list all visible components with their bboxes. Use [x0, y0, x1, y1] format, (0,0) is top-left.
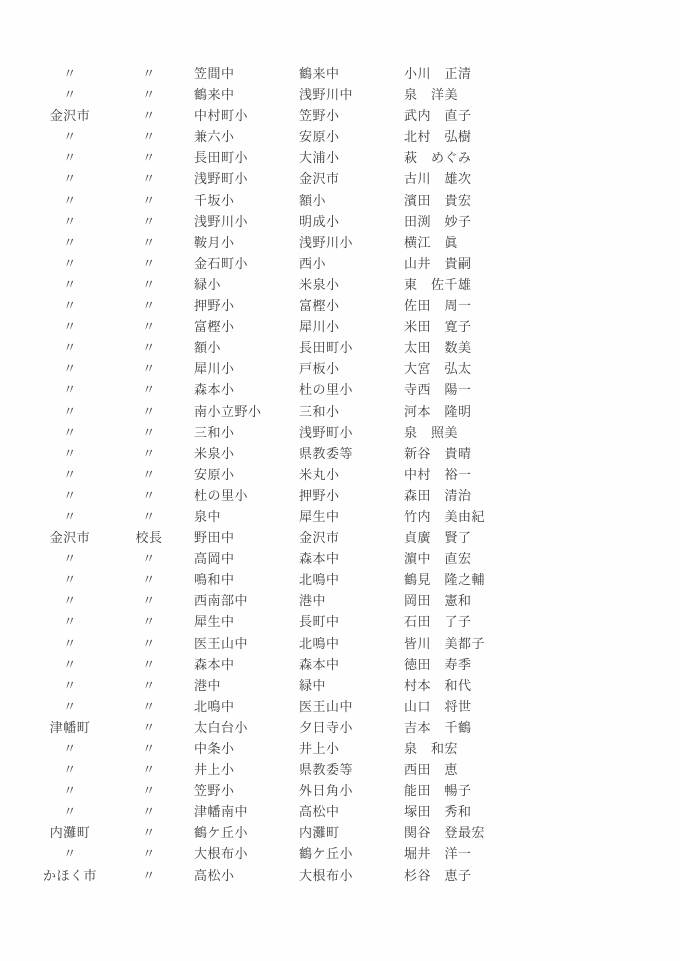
name-cell: 西田 恵: [404, 759, 458, 780]
name-cell: 泉 照美: [404, 422, 458, 443]
table-row: 〃〃中条小井上小泉 和宏: [0, 738, 680, 759]
municipality-cell: 〃: [38, 485, 102, 506]
to-school-cell: 浅野町小: [299, 422, 353, 443]
from-school-cell: 額小: [194, 337, 221, 358]
table-row: 〃〃犀川小戸板小大宮 弘太: [0, 358, 680, 379]
from-school-cell: 森本中: [194, 654, 235, 675]
name-cell: 北村 弘樹: [404, 126, 472, 147]
municipality-cell: 〃: [38, 274, 102, 295]
table-row: 津幡町〃太白台小夕日寺小吉本 千鶴: [0, 717, 680, 738]
municipality-cell: 〃: [38, 443, 102, 464]
title-cell: 〃: [124, 569, 174, 590]
title-cell: 〃: [124, 337, 174, 358]
from-school-cell: 長田町小: [194, 147, 248, 168]
title-cell: 〃: [124, 274, 174, 295]
to-school-cell: 鶴ケ丘小: [299, 843, 353, 864]
to-school-cell: 米丸小: [299, 464, 340, 485]
to-school-cell: 金沢市: [299, 527, 340, 548]
from-school-cell: 医王山中: [194, 633, 248, 654]
municipality-cell: 〃: [38, 401, 102, 422]
title-cell: 〃: [124, 316, 174, 337]
to-school-cell: 金沢市: [299, 168, 340, 189]
title-cell: 〃: [124, 654, 174, 675]
name-cell: 東 佐千雄: [404, 274, 472, 295]
name-cell: 古川 雄次: [404, 168, 472, 189]
from-school-cell: 笠間中: [194, 63, 235, 84]
title-cell: 〃: [124, 738, 174, 759]
municipality-cell: 〃: [38, 548, 102, 569]
table-row: 〃〃鳴和中北鳴中鶴見 隆之輔: [0, 569, 680, 590]
table-row: 〃〃笠野小外日角小能田 暢子: [0, 780, 680, 801]
title-cell: 〃: [124, 843, 174, 864]
municipality-cell: 〃: [38, 464, 102, 485]
title-cell: 〃: [124, 168, 174, 189]
name-cell: 関谷 登最宏: [404, 822, 485, 843]
name-cell: 濵中 直宏: [404, 548, 472, 569]
title-cell: 〃: [124, 633, 174, 654]
from-school-cell: 犀生中: [194, 611, 235, 632]
municipality-cell: 〃: [38, 654, 102, 675]
table-row: 〃〃医王山中北鳴中皆川 美都子: [0, 633, 680, 654]
from-school-cell: 鶴ケ丘小: [194, 822, 248, 843]
municipality-cell: かほく市: [38, 865, 102, 886]
table-row: 〃〃井上小県教委等西田 恵: [0, 759, 680, 780]
from-school-cell: 緑小: [194, 274, 221, 295]
from-school-cell: 中村町小: [194, 105, 248, 126]
municipality-cell: 〃: [38, 675, 102, 696]
from-school-cell: 泉中: [194, 506, 221, 527]
from-school-cell: 高松小: [194, 865, 235, 886]
municipality-cell: 〃: [38, 633, 102, 654]
municipality-cell: 〃: [38, 506, 102, 527]
table-row: 〃〃鞍月小浅野川小横江 眞: [0, 232, 680, 253]
to-school-cell: 大根布小: [299, 865, 353, 886]
table-row: 〃〃高岡中森本中濵中 直宏: [0, 548, 680, 569]
municipality-cell: 〃: [38, 126, 102, 147]
from-school-cell: 津幡南中: [194, 801, 248, 822]
from-school-cell: 浅野川小: [194, 211, 248, 232]
to-school-cell: 北鳴中: [299, 633, 340, 654]
from-school-cell: 犀川小: [194, 358, 235, 379]
to-school-cell: 県教委等: [299, 759, 353, 780]
municipality-cell: 〃: [38, 358, 102, 379]
from-school-cell: 兼六小: [194, 126, 235, 147]
table-row: 〃〃大根布小鶴ケ丘小堀井 洋一: [0, 843, 680, 864]
to-school-cell: 鶴来中: [299, 63, 340, 84]
name-cell: 石田 了子: [404, 611, 472, 632]
from-school-cell: 千坂小: [194, 190, 235, 211]
title-cell: 〃: [124, 548, 174, 569]
from-school-cell: 鶴来中: [194, 84, 235, 105]
to-school-cell: 額小: [299, 190, 326, 211]
table-row: 金沢市校長野田中金沢市貞廣 賢了: [0, 527, 680, 548]
name-cell: 皆川 美都子: [404, 633, 485, 654]
name-cell: 河本 隆明: [404, 401, 472, 422]
table-row: 金沢市〃中村町小笠野小武内 直子: [0, 105, 680, 126]
table-row: 〃〃犀生中長町中石田 了子: [0, 611, 680, 632]
table-row: 〃〃三和小浅野町小泉 照美: [0, 422, 680, 443]
municipality-cell: 〃: [38, 211, 102, 232]
table-row: 〃〃浅野町小金沢市古川 雄次: [0, 168, 680, 189]
to-school-cell: 戸板小: [299, 358, 340, 379]
municipality-cell: 〃: [38, 253, 102, 274]
to-school-cell: 内灘町: [299, 822, 340, 843]
title-cell: 〃: [124, 84, 174, 105]
title-cell: 〃: [124, 780, 174, 801]
title-cell: 〃: [124, 126, 174, 147]
municipality-cell: 〃: [38, 801, 102, 822]
municipality-cell: 〃: [38, 295, 102, 316]
to-school-cell: 森本中: [299, 654, 340, 675]
transfer-table: 〃〃笠間中鶴来中小川 正清〃〃鶴来中浅野川中泉 洋美金沢市〃中村町小笠野小武内 …: [0, 63, 680, 886]
to-school-cell: 夕日寺小: [299, 717, 353, 738]
to-school-cell: 井上小: [299, 738, 340, 759]
name-cell: 貞廣 賢了: [404, 527, 472, 548]
table-row: 〃〃浅野川小明成小田渕 妙子: [0, 211, 680, 232]
title-cell: 〃: [124, 211, 174, 232]
municipality-cell: 〃: [38, 780, 102, 801]
from-school-cell: 押野小: [194, 295, 235, 316]
title-cell: 〃: [124, 759, 174, 780]
to-school-cell: 緑中: [299, 675, 326, 696]
from-school-cell: 西南部中: [194, 590, 248, 611]
from-school-cell: 笠野小: [194, 780, 235, 801]
from-school-cell: 北鳴中: [194, 696, 235, 717]
title-cell: 〃: [124, 190, 174, 211]
title-cell: 〃: [124, 379, 174, 400]
from-school-cell: 金石町小: [194, 253, 248, 274]
municipality-cell: 〃: [38, 190, 102, 211]
table-row: かほく市〃高松小大根布小杉谷 恵子: [0, 865, 680, 886]
title-cell: 〃: [124, 147, 174, 168]
table-row: 〃〃米泉小県教委等新谷 貴晴: [0, 443, 680, 464]
to-school-cell: 県教委等: [299, 443, 353, 464]
to-school-cell: 医王山中: [299, 696, 353, 717]
name-cell: 山口 将世: [404, 696, 472, 717]
name-cell: 鶴見 隆之輔: [404, 569, 485, 590]
municipality-cell: 金沢市: [38, 527, 102, 548]
municipality-cell: 〃: [38, 843, 102, 864]
table-row: 〃〃津幡南中高松中塚田 秀和: [0, 801, 680, 822]
table-row: 〃〃港中緑中村本 和代: [0, 675, 680, 696]
title-cell: 〃: [124, 253, 174, 274]
title-cell: 〃: [124, 401, 174, 422]
to-school-cell: 浅野川中: [299, 84, 353, 105]
to-school-cell: 杜の里小: [299, 379, 353, 400]
municipality-cell: 〃: [38, 569, 102, 590]
to-school-cell: 明成小: [299, 211, 340, 232]
table-row: 〃〃森本小杜の里小寺西 陽一: [0, 379, 680, 400]
title-cell: 〃: [124, 611, 174, 632]
from-school-cell: 野田中: [194, 527, 235, 548]
name-cell: 森田 清治: [404, 485, 472, 506]
municipality-cell: 内灘町: [38, 822, 102, 843]
to-school-cell: 笠野小: [299, 105, 340, 126]
name-cell: 吉本 千鶴: [404, 717, 472, 738]
name-cell: 岡田 憲和: [404, 590, 472, 611]
from-school-cell: 井上小: [194, 759, 235, 780]
from-school-cell: 大根布小: [194, 843, 248, 864]
title-cell: 〃: [124, 358, 174, 379]
name-cell: 徳田 寿季: [404, 654, 472, 675]
name-cell: 中村 裕一: [404, 464, 472, 485]
from-school-cell: 港中: [194, 675, 221, 696]
from-school-cell: 浅野町小: [194, 168, 248, 189]
title-cell: 〃: [124, 696, 174, 717]
to-school-cell: 犀川小: [299, 316, 340, 337]
name-cell: 武内 直子: [404, 105, 472, 126]
title-cell: 〃: [124, 590, 174, 611]
name-cell: 田渕 妙子: [404, 211, 472, 232]
table-row: 〃〃長田町小大浦小萩 めぐみ: [0, 147, 680, 168]
from-school-cell: 鳴和中: [194, 569, 235, 590]
from-school-cell: 森本小: [194, 379, 235, 400]
title-cell: 〃: [124, 822, 174, 843]
name-cell: 新谷 貴晴: [404, 443, 472, 464]
municipality-cell: 〃: [38, 422, 102, 443]
table-row: 〃〃泉中犀生中竹内 美由紀: [0, 506, 680, 527]
title-cell: 〃: [124, 801, 174, 822]
municipality-cell: 〃: [38, 379, 102, 400]
municipality-cell: 〃: [38, 738, 102, 759]
to-school-cell: 犀生中: [299, 506, 340, 527]
to-school-cell: 富樫小: [299, 295, 340, 316]
name-cell: 泉 和宏: [404, 738, 458, 759]
to-school-cell: 大浦小: [299, 147, 340, 168]
table-row: 〃〃兼六小安原小北村 弘樹: [0, 126, 680, 147]
title-cell: 〃: [124, 464, 174, 485]
from-school-cell: 米泉小: [194, 443, 235, 464]
name-cell: 小川 正清: [404, 63, 472, 84]
to-school-cell: 浅野川小: [299, 232, 353, 253]
municipality-cell: 〃: [38, 696, 102, 717]
to-school-cell: 長町中: [299, 611, 340, 632]
name-cell: 泉 洋美: [404, 84, 458, 105]
to-school-cell: 三和小: [299, 401, 340, 422]
municipality-cell: 〃: [38, 590, 102, 611]
title-cell: 〃: [124, 422, 174, 443]
name-cell: 村本 和代: [404, 675, 472, 696]
table-row: 〃〃緑小米泉小東 佐千雄: [0, 274, 680, 295]
from-school-cell: 南小立野小: [194, 401, 262, 422]
table-row: 〃〃安原小米丸小中村 裕一: [0, 464, 680, 485]
name-cell: 横江 眞: [404, 232, 458, 253]
name-cell: 米田 寛子: [404, 316, 472, 337]
name-cell: 佐田 周一: [404, 295, 472, 316]
name-cell: 寺西 陽一: [404, 379, 472, 400]
name-cell: 濱田 貴宏: [404, 190, 472, 211]
to-school-cell: 港中: [299, 590, 326, 611]
name-cell: 杉谷 恵子: [404, 865, 472, 886]
municipality-cell: 〃: [38, 759, 102, 780]
name-cell: 大宮 弘太: [404, 358, 472, 379]
from-school-cell: 鞍月小: [194, 232, 235, 253]
table-row: 〃〃鶴来中浅野川中泉 洋美: [0, 84, 680, 105]
to-school-cell: 西小: [299, 253, 326, 274]
municipality-cell: 〃: [38, 63, 102, 84]
to-school-cell: 森本中: [299, 548, 340, 569]
name-cell: 萩 めぐみ: [404, 147, 472, 168]
table-row: 〃〃金石町小西小山井 貴嗣: [0, 253, 680, 274]
from-school-cell: 三和小: [194, 422, 235, 443]
municipality-cell: 〃: [38, 168, 102, 189]
from-school-cell: 高岡中: [194, 548, 235, 569]
to-school-cell: 北鳴中: [299, 569, 340, 590]
name-cell: 山井 貴嗣: [404, 253, 472, 274]
municipality-cell: 〃: [38, 232, 102, 253]
name-cell: 竹内 美由紀: [404, 506, 485, 527]
table-row: 〃〃杜の里小押野小森田 清治: [0, 485, 680, 506]
to-school-cell: 押野小: [299, 485, 340, 506]
table-row: 内灘町〃鶴ケ丘小内灘町関谷 登最宏: [0, 822, 680, 843]
from-school-cell: 安原小: [194, 464, 235, 485]
municipality-cell: 〃: [38, 316, 102, 337]
to-school-cell: 長田町小: [299, 337, 353, 358]
scanned-page: 〃〃笠間中鶴来中小川 正清〃〃鶴来中浅野川中泉 洋美金沢市〃中村町小笠野小武内 …: [0, 0, 680, 961]
to-school-cell: 外日角小: [299, 780, 353, 801]
table-row: 〃〃森本中森本中徳田 寿季: [0, 654, 680, 675]
from-school-cell: 杜の里小: [194, 485, 248, 506]
table-row: 〃〃富樫小犀川小米田 寛子: [0, 316, 680, 337]
name-cell: 堀井 洋一: [404, 843, 472, 864]
table-row: 〃〃千坂小額小濱田 貴宏: [0, 190, 680, 211]
title-cell: 〃: [124, 105, 174, 126]
name-cell: 太田 数美: [404, 337, 472, 358]
from-school-cell: 太白台小: [194, 717, 248, 738]
municipality-cell: 〃: [38, 611, 102, 632]
to-school-cell: 米泉小: [299, 274, 340, 295]
title-cell: 〃: [124, 865, 174, 886]
municipality-cell: 〃: [38, 84, 102, 105]
table-row: 〃〃笠間中鶴来中小川 正清: [0, 63, 680, 84]
title-cell: 〃: [124, 717, 174, 738]
to-school-cell: 高松中: [299, 801, 340, 822]
name-cell: 塚田 秀和: [404, 801, 472, 822]
municipality-cell: 津幡町: [38, 717, 102, 738]
title-cell: 〃: [124, 232, 174, 253]
title-cell: 〃: [124, 295, 174, 316]
table-row: 〃〃押野小富樫小佐田 周一: [0, 295, 680, 316]
to-school-cell: 安原小: [299, 126, 340, 147]
title-cell: 〃: [124, 506, 174, 527]
title-cell: 〃: [124, 675, 174, 696]
title-cell: 校長: [124, 527, 174, 548]
from-school-cell: 富樫小: [194, 316, 235, 337]
table-row: 〃〃西南部中港中岡田 憲和: [0, 590, 680, 611]
table-row: 〃〃額小長田町小太田 数美: [0, 337, 680, 358]
title-cell: 〃: [124, 63, 174, 84]
municipality-cell: 〃: [38, 147, 102, 168]
table-row: 〃〃北鳴中医王山中山口 将世: [0, 696, 680, 717]
from-school-cell: 中条小: [194, 738, 235, 759]
title-cell: 〃: [124, 485, 174, 506]
municipality-cell: 〃: [38, 337, 102, 358]
table-row: 〃〃南小立野小三和小河本 隆明: [0, 401, 680, 422]
title-cell: 〃: [124, 443, 174, 464]
municipality-cell: 金沢市: [38, 105, 102, 126]
name-cell: 能田 暢子: [404, 780, 472, 801]
